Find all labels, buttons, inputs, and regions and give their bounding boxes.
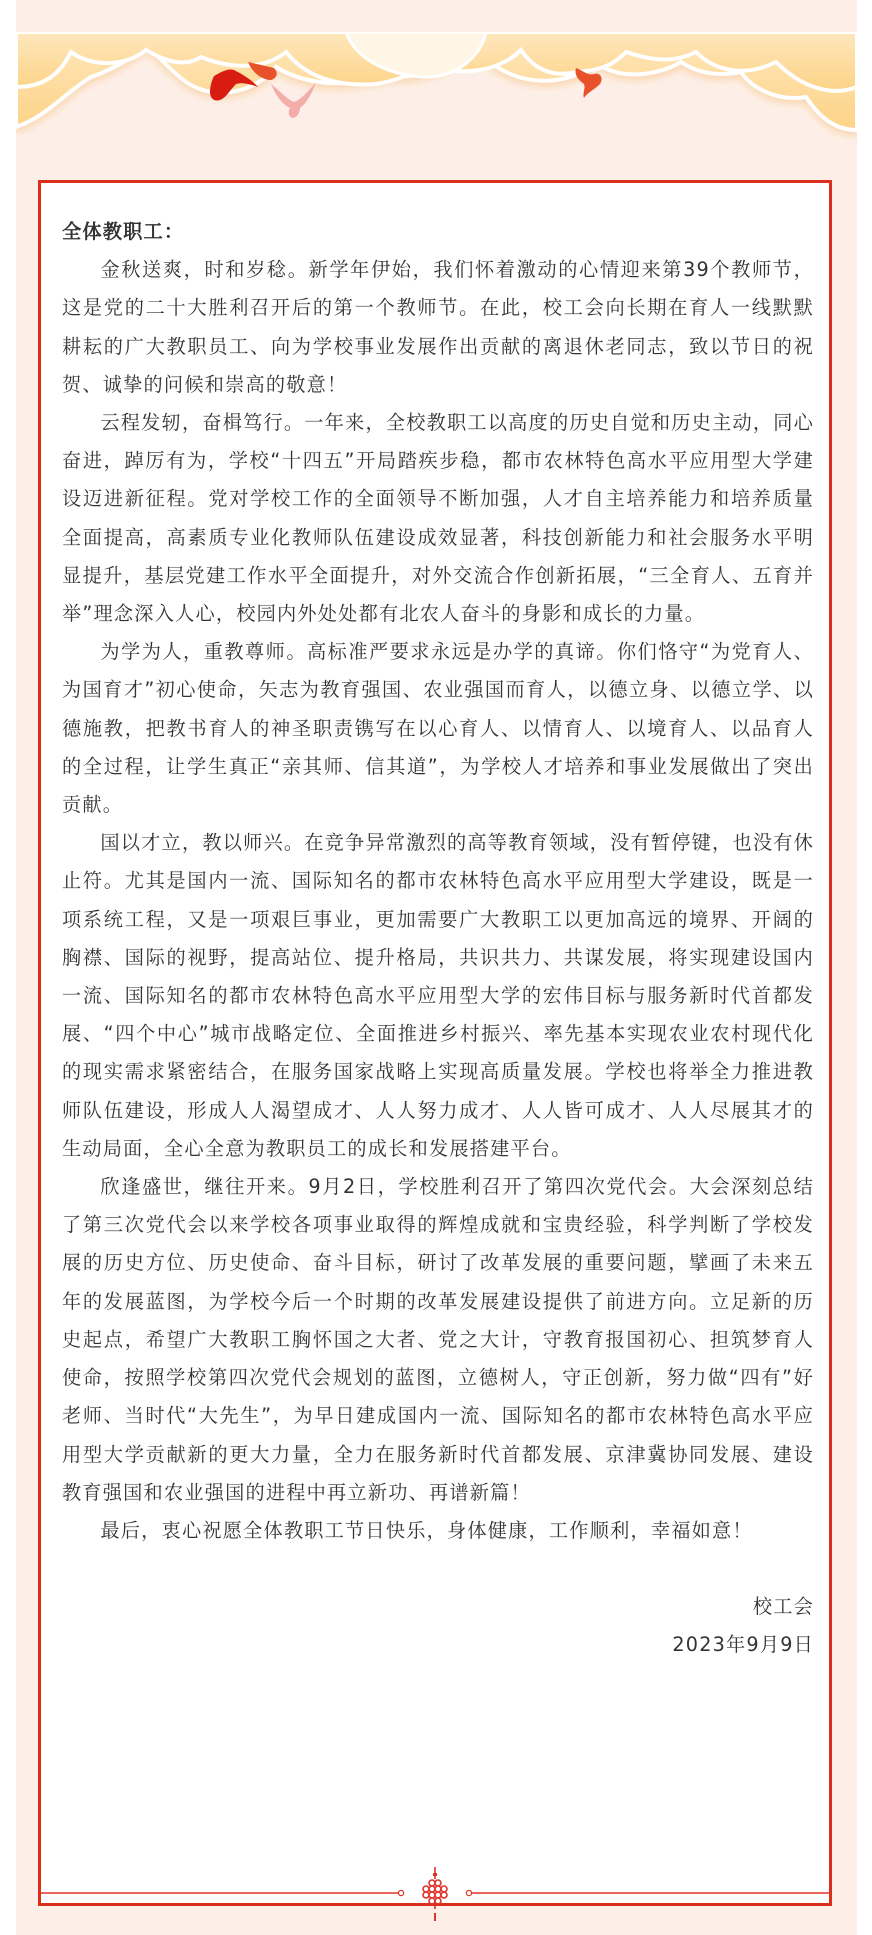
cloud-banner: [16, 32, 857, 142]
signature-date: 2023年9月9日: [62, 1626, 814, 1664]
signature-block: 校工会 2023年9月9日: [62, 1588, 814, 1664]
birds: [16, 32, 857, 142]
paragraph: 金秋送爽，时和岁稔。新学年伊始，我们怀着激动的心情迎来第39个教师节，这是党的二…: [62, 251, 814, 404]
footer-ornament-divider: [41, 1863, 829, 1923]
signature-organization: 校工会: [62, 1588, 814, 1626]
letter-body: 全体教职工： 金秋送爽，时和岁稔。新学年伊始，我们怀着激动的心情迎来第39个教师…: [62, 213, 814, 1665]
paragraph: 云程发轫，奋楫笃行。一年来，全校教职工以高度的历史自觉和历史主动，同心奋进，踔厉…: [62, 404, 814, 633]
flying-dove-pink-icon: [271, 82, 316, 118]
paragraph: 为学为人，重教尊师。高标准严要求永远是办学的真谛。你们恪守“为党育人、为国育才”…: [62, 633, 814, 824]
letter-card: 全体教职工： 金秋送爽，时和岁稔。新学年伊始，我们怀着激动的心情迎来第39个教师…: [38, 180, 832, 1906]
chinese-knot-icon: [423, 1867, 447, 1921]
flying-dove-orange-icon: [248, 62, 602, 98]
paragraph: 欣逢盛世，继往开来。9月2日，学校胜利召开了第四次党代会。大会深刻总结了第三次党…: [62, 1168, 814, 1512]
flying-dove-red-icon: [210, 69, 258, 100]
paragraph: 国以才立，教以师兴。在竞争异常激烈的高等教育领域，没有暂停键，也没有休止符。尤其…: [62, 824, 814, 1168]
salutation: 全体教职工：: [62, 213, 814, 251]
paragraph: 最后，衷心祝愿全体教职工节日快乐，身体健康，工作顺利，幸福如意！: [62, 1512, 814, 1550]
